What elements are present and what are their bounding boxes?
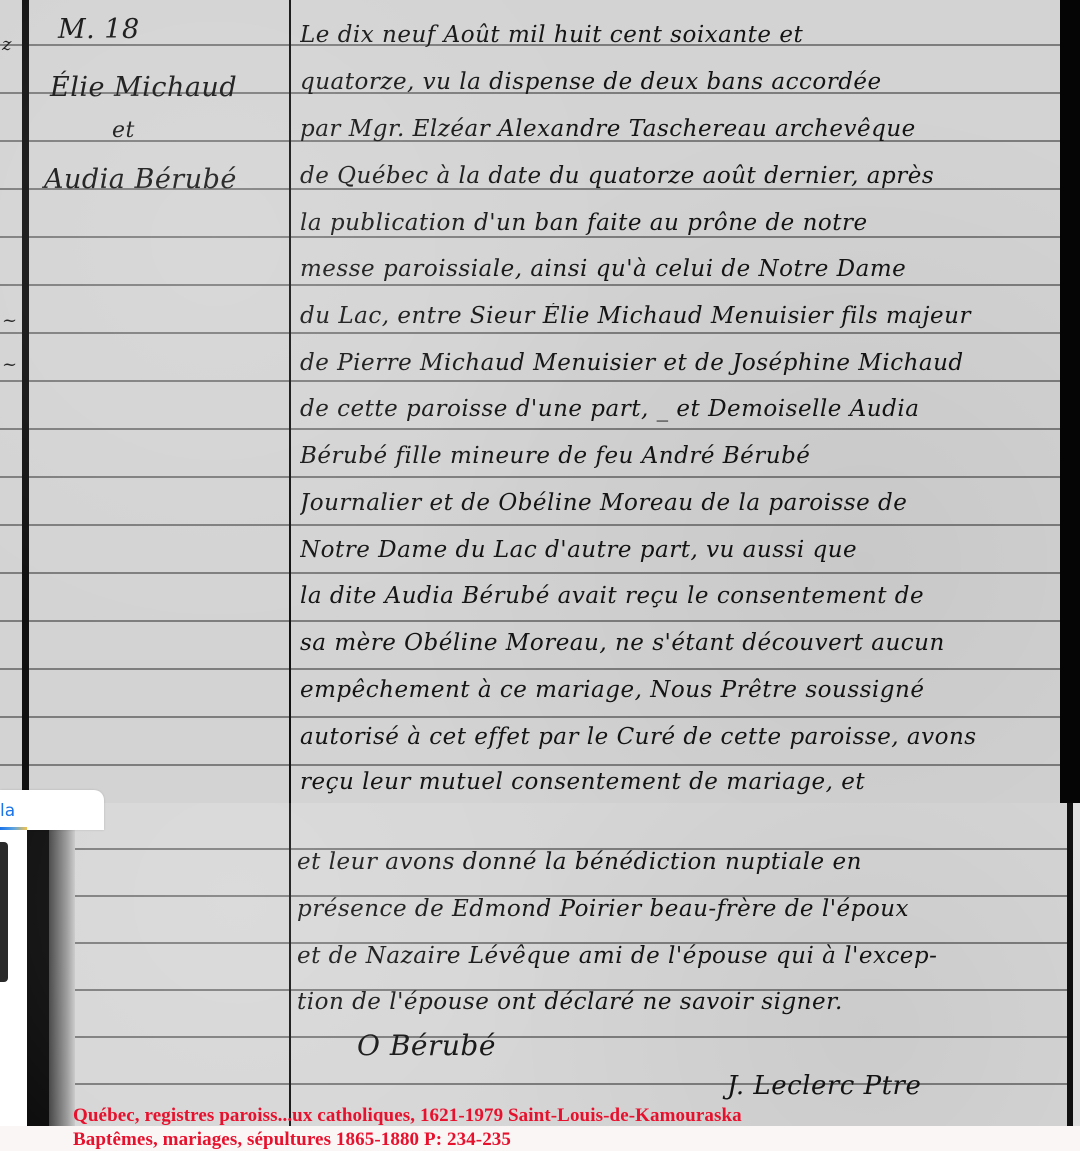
record-line: la dite Audia Bérubé avait reçu le conse… bbox=[300, 583, 1050, 609]
left-margin-rule bbox=[22, 0, 29, 803]
priest-signature: J. Leclerc Ptre bbox=[727, 1071, 921, 1101]
record-line: Bérubé fille mineure de feu André Bérubé bbox=[300, 443, 1050, 469]
margin-bride-name: Audia Bérubé bbox=[44, 164, 237, 195]
register-scan-lower: et leur avons donné la bénédiction nupti… bbox=[27, 803, 1080, 1126]
record-line: du Lac, entre Sieur Élie Michaud Menuisi… bbox=[300, 303, 1050, 329]
browser-tab-label[interactable]: la bbox=[0, 801, 15, 821]
caption-source-title: Québec, registres paroiss...ux catholiqu… bbox=[73, 1105, 742, 1127]
record-line: de cette paroisse d'une part, _ et Demoi… bbox=[300, 396, 1050, 422]
record-line: Notre Dame du Lac d'autre part, vu aussi… bbox=[300, 537, 1050, 563]
record-line: reçu leur mutuel consentement de mariage… bbox=[300, 769, 1050, 795]
stray-ink-mark: z bbox=[2, 34, 11, 55]
margin-column-rule bbox=[289, 0, 291, 803]
right-page-edge bbox=[1060, 0, 1080, 803]
margin-column-rule bbox=[289, 803, 291, 1126]
register-scan-upper: z ~ ~ M. 18 Élie Michaud et Audia Bérubé… bbox=[0, 0, 1080, 803]
margin-groom-name: Élie Michaud bbox=[50, 72, 237, 103]
browser-side-panel bbox=[0, 830, 27, 1126]
bride-signature: O Bérubé bbox=[357, 1029, 496, 1062]
record-line: sa mère Obéline Moreau, ne s'étant décou… bbox=[300, 630, 1050, 656]
record-line: de Pierre Michaud Menuisier et de Joséph… bbox=[300, 350, 1050, 376]
right-page-edge bbox=[1073, 803, 1080, 1126]
caption-collection-pages: Baptêmes, mariages, sépultures 1865-1880… bbox=[73, 1129, 511, 1151]
record-line: empêchement à ce mariage, Nous Prêtre so… bbox=[300, 677, 1050, 703]
stray-ink-mark: ~ bbox=[2, 310, 17, 331]
record-line: Le dix neuf Août mil huit cent soixante … bbox=[300, 22, 1050, 48]
record-line: quatorze, vu la dispense de deux bans ac… bbox=[300, 69, 1050, 95]
record-continuation-line: et leur avons donné la bénédiction nupti… bbox=[297, 849, 1057, 875]
record-line: par Mgr. Elzéar Alexandre Taschereau arc… bbox=[300, 116, 1050, 142]
page-gutter bbox=[49, 803, 75, 1126]
page-binding-shadow bbox=[27, 803, 49, 1126]
record-line: de Québec à la date du quatorze août der… bbox=[300, 163, 1050, 189]
record-line: la publication d'un ban faite au prône d… bbox=[300, 210, 1050, 236]
record-line: Journalier et de Obéline Moreau de la pa… bbox=[300, 490, 1050, 516]
margin-conjunction: et bbox=[112, 118, 135, 143]
record-continuation-line: présence de Edmond Poirier beau-frère de… bbox=[297, 896, 1057, 922]
record-continuation-line: tion de l'épouse ont déclaré ne savoir s… bbox=[297, 989, 1057, 1015]
record-line: autorisé à cet effet par le Curé de cett… bbox=[300, 724, 1050, 750]
record-line: messe paroissiale, ainsi qu'à celui de N… bbox=[300, 256, 1050, 282]
browser-tab-fragment[interactable]: la bbox=[0, 790, 104, 830]
stray-ink-mark: ~ bbox=[2, 354, 17, 375]
panel-scroll-thumb[interactable] bbox=[0, 842, 8, 982]
record-continuation-line: et de Nazaire Lévêque ami de l'épouse qu… bbox=[297, 943, 1057, 969]
margin-entry-type: M. 18 bbox=[58, 14, 140, 45]
